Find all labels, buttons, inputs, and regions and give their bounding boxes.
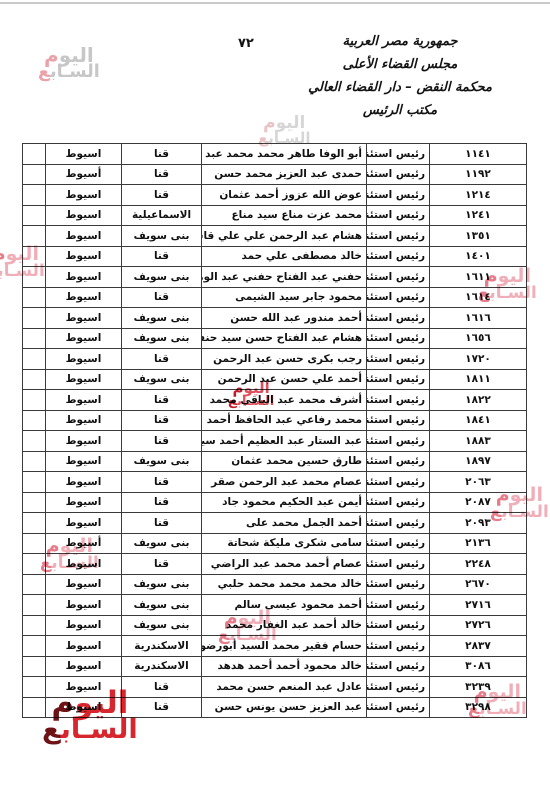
- cell-seniority-number: ٣٢٣٩: [430, 677, 527, 698]
- cell-job-title: رئيس استئناف: [367, 451, 430, 472]
- cell-job-title: رئيس استئناف: [367, 185, 430, 206]
- table-row: ٢٢٤٨رئيس استئنافعصام أحمد محمد عبد الراض…: [23, 554, 527, 575]
- cell-job-title: رئيس استئناف: [367, 431, 430, 452]
- cell-residence: اسيوط: [46, 349, 122, 370]
- cell-judge-name: محمود جابر سيد الشيمى: [202, 287, 367, 308]
- cell-governorate: قنا: [122, 185, 202, 206]
- cell-judge-name: خالد مصطفى علي حمد: [202, 246, 367, 267]
- cell-residence: أسيوط: [46, 533, 122, 554]
- page-number: ٧٢: [238, 36, 254, 51]
- cell-governorate: الاسماعيلية: [122, 205, 202, 226]
- cell-seniority-number: ٢٧٢٦: [430, 615, 527, 636]
- cell-seniority-number: ٢١٣٦: [430, 533, 527, 554]
- cell-empty: [23, 533, 46, 554]
- cell-governorate: بنى سويف: [122, 533, 202, 554]
- cell-residence: اسيوط: [46, 431, 122, 452]
- cell-seniority-number: ١٨٨٣: [430, 431, 527, 452]
- table-row: ١٣٥١رئيس استئنافهشام عبد الرحمن علي علي …: [23, 226, 527, 247]
- scanned-document-page: { "page": { "number": "٧٢" }, "header": …: [0, 0, 550, 787]
- cell-residence: اسيوط: [46, 697, 122, 718]
- cell-judge-name: سامى شكرى مليكة شحاتة: [202, 533, 367, 554]
- cell-governorate: قنا: [122, 697, 202, 718]
- cell-empty: [23, 451, 46, 472]
- cell-job-title: رئيس استئناف: [367, 656, 430, 677]
- table-row: ٢٠٩٣رئيس استئنافأحمد الجمل محمد علىقنااس…: [23, 513, 527, 534]
- cell-judge-name: حفني عبد الفتاح حفني عبد الوهاب: [202, 267, 367, 288]
- cell-seniority-number: ٣٢٩٨: [430, 697, 527, 718]
- cell-judge-name: أحمد الجمل محمد على: [202, 513, 367, 534]
- cell-empty: [23, 677, 46, 698]
- cell-seniority-number: ١٦١١: [430, 267, 527, 288]
- scan-edge-artifact: [0, 2, 550, 4]
- cell-job-title: رئيس استئناف: [367, 246, 430, 267]
- cell-governorate: بنى سويف: [122, 615, 202, 636]
- table-row: ١٤٠١رئيس استئنافخالد مصطفى علي حمدقنااسي…: [23, 246, 527, 267]
- cell-governorate: قنا: [122, 410, 202, 431]
- cell-seniority-number: ٢٧١٦: [430, 595, 527, 616]
- cell-empty: [23, 369, 46, 390]
- document-header: جمهورية مصر العربية مجلس القضاء الأعلى م…: [308, 30, 492, 122]
- cell-job-title: رئيس استئناف: [367, 308, 430, 329]
- cell-empty: [23, 554, 46, 575]
- cell-empty: [23, 410, 46, 431]
- cell-empty: [23, 595, 46, 616]
- table-row: ٢١٣٦رئيس استئنافسامى شكرى مليكة شحاتةبنى…: [23, 533, 527, 554]
- table-row: ١٦١١رئيس استئنافحفني عبد الفتاح حفني عبد…: [23, 267, 527, 288]
- cell-governorate: بنى سويف: [122, 267, 202, 288]
- cell-residence: اسيوط: [46, 205, 122, 226]
- header-court: محكمة النقض – دار القضاء العالي: [308, 76, 492, 99]
- table-row: ٢٨٣٧رئيس استئنافحسام فقير محمد السيد أبو…: [23, 636, 527, 657]
- cell-residence: اسيوط: [46, 308, 122, 329]
- table-row: ٣٠٨٦رئيس استئنافخالد محمود أحمد أحمد هده…: [23, 656, 527, 677]
- cell-judge-name: أحمد محمود عيسى سالم: [202, 595, 367, 616]
- cell-job-title: رئيس استئناف: [367, 144, 430, 165]
- cell-empty: [23, 349, 46, 370]
- cell-governorate: بنى سويف: [122, 451, 202, 472]
- cell-residence: اسيوط: [46, 595, 122, 616]
- cell-job-title: رئيس استئناف: [367, 164, 430, 185]
- cell-job-title: رئيس استئناف: [367, 595, 430, 616]
- table-row: ٢٧١٦رئيس استئنافأحمد محمود عيسى سالمبنى …: [23, 595, 527, 616]
- cell-governorate: قنا: [122, 287, 202, 308]
- cell-residence: اسيوط: [46, 246, 122, 267]
- cell-job-title: رئيس استئناف: [367, 677, 430, 698]
- table-row: ١١٩٢رئيس استئنافحمدى عبد العزيز محمد حسن…: [23, 164, 527, 185]
- cell-seniority-number: ١٨٩٧: [430, 451, 527, 472]
- table-row: ٢٠٦٣رئيس استئنافعصام محمد عبد الرحمن صقر…: [23, 472, 527, 493]
- cell-empty: [23, 574, 46, 595]
- cell-judge-name: محمد رفاعي عبد الحافظ أحمد: [202, 410, 367, 431]
- table-row: ٣٢٣٩رئيس استئنافعادل عبد المنعم حسن محمد…: [23, 677, 527, 698]
- cell-residence: اسيوط: [46, 492, 122, 513]
- cell-residence: اسيوط: [46, 185, 122, 206]
- cell-residence: اسيوط: [46, 267, 122, 288]
- cell-job-title: رئيس استئناف: [367, 697, 430, 718]
- cell-residence: اسيوط: [46, 574, 122, 595]
- cell-job-title: رئيس استئناف: [367, 226, 430, 247]
- cell-empty: [23, 267, 46, 288]
- cell-empty: [23, 431, 46, 452]
- cell-seniority-number: ١٢٤١: [430, 205, 527, 226]
- cell-seniority-number: ٢٢٤٨: [430, 554, 527, 575]
- youm7-watermark: اليومالسـابع: [258, 116, 311, 145]
- cell-seniority-number: ٢٨٣٧: [430, 636, 527, 657]
- cell-governorate: بنى سويف: [122, 226, 202, 247]
- cell-seniority-number: ١٣٥١: [430, 226, 527, 247]
- cell-empty: [23, 308, 46, 329]
- cell-empty: [23, 656, 46, 677]
- cell-empty: [23, 615, 46, 636]
- cell-seniority-number: ١١٤١: [430, 144, 527, 165]
- cell-seniority-number: ١٨٤١: [430, 410, 527, 431]
- cell-governorate: بنى سويف: [122, 595, 202, 616]
- table-row: ٢٠٨٧رئيس استئنافأيمن عبد الحكيم محمود جا…: [23, 492, 527, 513]
- cell-job-title: رئيس استئناف: [367, 267, 430, 288]
- cell-empty: [23, 144, 46, 165]
- cell-residence: اسيوط: [46, 636, 122, 657]
- cell-governorate: قنا: [122, 164, 202, 185]
- cell-seniority-number: ١٤٠١: [430, 246, 527, 267]
- cell-judge-name: أحمد مندور عبد الله حسن: [202, 308, 367, 329]
- cell-job-title: رئيس استئناف: [367, 410, 430, 431]
- cell-governorate: بنى سويف: [122, 308, 202, 329]
- cell-seniority-number: ١٨١١: [430, 369, 527, 390]
- cell-residence: اسيوط: [46, 144, 122, 165]
- cell-job-title: رئيس استئناف: [367, 636, 430, 657]
- cell-judge-name: هشام عبد الرحمن علي علي قاسم: [202, 226, 367, 247]
- cell-judge-name: حمدى عبد العزيز محمد حسن: [202, 164, 367, 185]
- table-row: ١٨٩٧رئيس استئنافطارق حسين محمد عثمانبنى …: [23, 451, 527, 472]
- cell-governorate: الاسكندرية: [122, 636, 202, 657]
- table-row: ١٦١٤رئيس استئنافمحمود جابر سيد الشيمىقنا…: [23, 287, 527, 308]
- cell-job-title: رئيس استئناف: [367, 369, 430, 390]
- cell-judge-name: حسام فقير محمد السيد أبورضوان: [202, 636, 367, 657]
- cell-seniority-number: ٢٦٧٠: [430, 574, 527, 595]
- cell-judge-name: عادل عبد المنعم حسن محمد: [202, 677, 367, 698]
- table-row: ٢٦٧٠رئيس استئنافخالد محمد محمد محمد حلبي…: [23, 574, 527, 595]
- cell-governorate: بنى سويف: [122, 574, 202, 595]
- cell-seniority-number: ١٦١٤: [430, 287, 527, 308]
- cell-governorate: قنا: [122, 431, 202, 452]
- cell-empty: [23, 492, 46, 513]
- cell-seniority-number: ١٦٥٦: [430, 328, 527, 349]
- cell-residence: اسيوط: [46, 615, 122, 636]
- cell-empty: [23, 185, 46, 206]
- cell-residence: اسيوط: [46, 656, 122, 677]
- cell-residence: اسيوط: [46, 390, 122, 411]
- cell-judge-name: خالد أحمد عبد الغفار محمد: [202, 615, 367, 636]
- cell-residence: اسيوط: [46, 410, 122, 431]
- cell-empty: [23, 226, 46, 247]
- cell-governorate: قنا: [122, 492, 202, 513]
- cell-job-title: رئيس استئناف: [367, 349, 430, 370]
- cell-residence: اسيوط: [46, 369, 122, 390]
- cell-residence: أسيوط: [46, 164, 122, 185]
- cell-governorate: بنى سويف: [122, 369, 202, 390]
- cell-governorate: الاسكندرية: [122, 656, 202, 677]
- cell-seniority-number: ٢٠٨٧: [430, 492, 527, 513]
- cell-job-title: رئيس استئناف: [367, 615, 430, 636]
- cell-empty: [23, 287, 46, 308]
- cell-judge-name: عصام أحمد محمد عبد الراضي: [202, 554, 367, 575]
- cell-judge-name: عبد الستار عبد العظيم أحمد سيد: [202, 431, 367, 452]
- cell-residence: اسيوط: [46, 513, 122, 534]
- cell-seniority-number: ٢٠٩٣: [430, 513, 527, 534]
- cell-job-title: رئيس استئناف: [367, 574, 430, 595]
- table-row: ١٨٤١رئيس استئنافمحمد رفاعي عبد الحافظ أح…: [23, 410, 527, 431]
- table-row: ١٢٤١رئيس استئنافمحمد عزت مناع سيد مناعال…: [23, 205, 527, 226]
- cell-empty: [23, 697, 46, 718]
- table-row: ٣٢٩٨رئيس استئنافعبد العزيز حسن يونس حسنق…: [23, 697, 527, 718]
- cell-residence: اسيوط: [46, 554, 122, 575]
- cell-job-title: رئيس استئناف: [367, 533, 430, 554]
- cell-job-title: رئيس استئناف: [367, 287, 430, 308]
- cell-governorate: قنا: [122, 349, 202, 370]
- cell-seniority-number: ٣٠٨٦: [430, 656, 527, 677]
- cell-job-title: رئيس استئناف: [367, 472, 430, 493]
- cell-empty: [23, 390, 46, 411]
- cell-seniority-number: ١٨٢٢: [430, 390, 527, 411]
- cell-governorate: قنا: [122, 554, 202, 575]
- header-country: جمهورية مصر العربية: [308, 30, 492, 53]
- cell-judge-name: عبد العزيز حسن يونس حسن: [202, 697, 367, 718]
- cell-seniority-number: ٢٠٦٣: [430, 472, 527, 493]
- table-row: ١٦١٦رئيس استئنافأحمد مندور عبد الله حسنب…: [23, 308, 527, 329]
- table-row: ١٨٨٣رئيس استئنافعبد الستار عبد العظيم أح…: [23, 431, 527, 452]
- cell-judge-name: أحمد علي حسن عبد الرحمن: [202, 369, 367, 390]
- cell-judge-name: أشرف محمد عبد الباقي محمد: [202, 390, 367, 411]
- cell-job-title: رئيس استئناف: [367, 513, 430, 534]
- header-council: مجلس القضاء الأعلى: [308, 53, 492, 76]
- cell-governorate: قنا: [122, 472, 202, 493]
- cell-judge-name: طارق حسين محمد عثمان: [202, 451, 367, 472]
- cell-residence: اسيوط: [46, 328, 122, 349]
- cell-judge-name: خالد محمود أحمد أحمد هدهد: [202, 656, 367, 677]
- cell-governorate: قنا: [122, 246, 202, 267]
- table-row: ١٨١١رئيس استئنافأحمد علي حسن عبد الرحمنب…: [23, 369, 527, 390]
- youm7-watermark: اليومالسـابع: [38, 46, 100, 81]
- table-row: ٢٧٢٦رئيس استئنافخالد أحمد عبد الغفار محم…: [23, 615, 527, 636]
- judges-table: ١١٤١رئيس استئنافأبو الوفا طاهر محمد محمد…: [22, 143, 527, 718]
- table-row: ١٦٥٦رئيس استئنافهشام عبد الفتاح حسن سيد …: [23, 328, 527, 349]
- cell-job-title: رئيس استئناف: [367, 328, 430, 349]
- cell-seniority-number: ١٦١٦: [430, 308, 527, 329]
- cell-governorate: بنى سويف: [122, 328, 202, 349]
- cell-job-title: رئيس استئناف: [367, 205, 430, 226]
- cell-job-title: رئيس استئناف: [367, 554, 430, 575]
- table-row: ١٢١٤رئيس استئنافعوض الله عزوز أحمد عثمان…: [23, 185, 527, 206]
- cell-residence: اسيوط: [46, 677, 122, 698]
- cell-judge-name: أيمن عبد الحكيم محمود جاد: [202, 492, 367, 513]
- cell-judge-name: محمد عزت مناع سيد مناع: [202, 205, 367, 226]
- judges-table-body: ١١٤١رئيس استئنافأبو الوفا طاهر محمد محمد…: [23, 144, 527, 718]
- cell-residence: اسيوط: [46, 226, 122, 247]
- cell-empty: [23, 246, 46, 267]
- cell-job-title: رئيس استئناف: [367, 492, 430, 513]
- cell-job-title: رئيس استئناف: [367, 390, 430, 411]
- cell-governorate: قنا: [122, 513, 202, 534]
- cell-empty: [23, 472, 46, 493]
- cell-empty: [23, 164, 46, 185]
- cell-judge-name: عوض الله عزوز أحمد عثمان: [202, 185, 367, 206]
- cell-governorate: قنا: [122, 677, 202, 698]
- cell-judge-name: أبو الوفا طاهر محمد محمد عبد المنعم: [202, 144, 367, 165]
- cell-judge-name: هشام عبد الفتاح حسن سيد حنفي: [202, 328, 367, 349]
- header-office: مكتب الرئيس: [308, 99, 492, 122]
- cell-judge-name: عصام محمد عبد الرحمن صقر: [202, 472, 367, 493]
- cell-residence: اسيوط: [46, 472, 122, 493]
- cell-seniority-number: ١٧٢٠: [430, 349, 527, 370]
- cell-seniority-number: ١٢١٤: [430, 185, 527, 206]
- cell-seniority-number: ١١٩٢: [430, 164, 527, 185]
- table-row: ١٨٢٢رئيس استئنافأشرف محمد عبد الباقي محم…: [23, 390, 527, 411]
- cell-empty: [23, 328, 46, 349]
- cell-governorate: قنا: [122, 390, 202, 411]
- cell-judge-name: رجب بكرى حسن عبد الرحمن: [202, 349, 367, 370]
- cell-governorate: قنا: [122, 144, 202, 165]
- cell-residence: اسيوط: [46, 451, 122, 472]
- cell-empty: [23, 636, 46, 657]
- table-row: ١١٤١رئيس استئنافأبو الوفا طاهر محمد محمد…: [23, 144, 527, 165]
- cell-residence: اسيوط: [46, 287, 122, 308]
- cell-empty: [23, 205, 46, 226]
- cell-empty: [23, 513, 46, 534]
- table-row: ١٧٢٠رئيس استئنافرجب بكرى حسن عبد الرحمنق…: [23, 349, 527, 370]
- cell-judge-name: خالد محمد محمد محمد حلبي: [202, 574, 367, 595]
